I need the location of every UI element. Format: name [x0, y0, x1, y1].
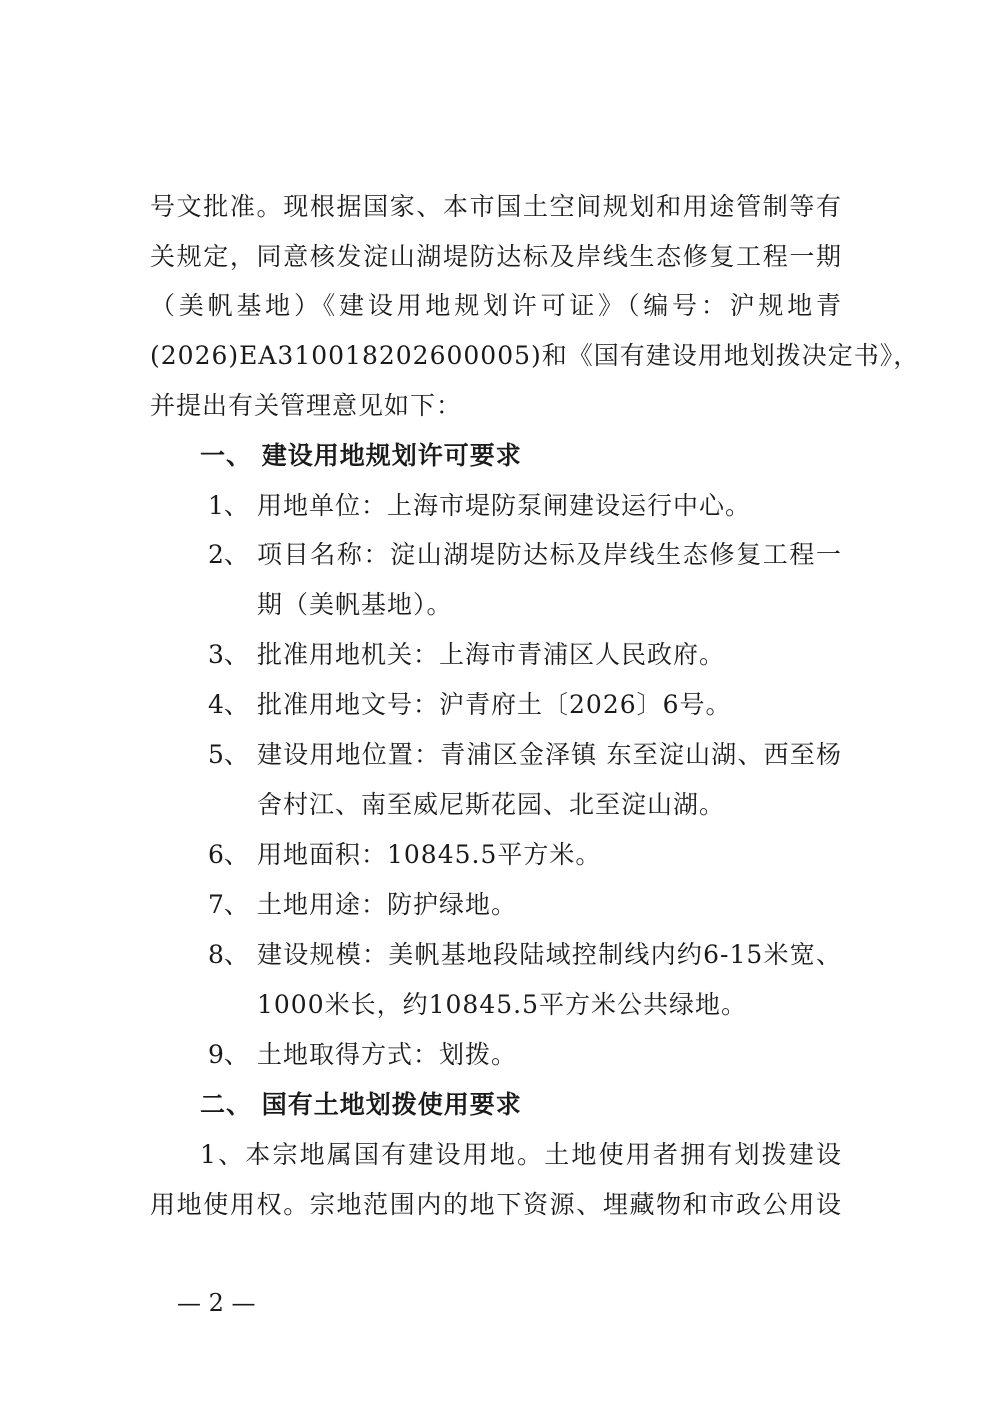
item-7-text: 土地用途：防护绿地。: [257, 890, 517, 920]
section-2-heading: 二、 国有土地划拨使用要求: [200, 1090, 522, 1120]
item-1-text: 用地单位：上海市堤防泵闸建设运行中心。: [257, 491, 751, 521]
item-3-text: 批准用地机关：上海市青浦区人民政府。: [257, 640, 725, 670]
section-1-heading: 一、 建设用地规划许可要求: [200, 441, 522, 471]
item-2-text-line-1: 项目名称：淀山湖堤防达标及岸线生态修复工程一: [257, 540, 842, 570]
item-9-number: 9、: [208, 1040, 249, 1070]
item-2-text-line-2: 期（美帆基地）。: [257, 590, 453, 620]
document-page: 号文批准。现根据国家、本市国土空间规划和用途管制等有 关规定，同意核发淀山湖堤防…: [0, 0, 992, 1403]
intro-line-5: 并提出有关管理意见如下：: [150, 391, 462, 421]
intro-line-1: 号文批准。现根据国家、本市国土空间规划和用途管制等有: [150, 192, 842, 222]
item-6-text: 用地面积：10845.5平方米。: [257, 840, 601, 870]
section-2-para-line-2: 用地使用权。宗地范围内的地下资源、埋藏物和市政公用设: [150, 1190, 842, 1220]
item-3-number: 3、: [208, 640, 249, 670]
item-9-text: 土地取得方式：划拨。: [257, 1040, 517, 1070]
item-8-text-line-2: 1000米长，约10845.5平方米公共绿地。: [257, 990, 747, 1020]
page-number: — 2 —: [177, 1288, 256, 1318]
intro-line-4: (2026)EA310018202600005)和《国有建设用地划拨决定书》，: [150, 341, 842, 371]
item-2-number: 2、: [208, 540, 249, 570]
item-5-number: 5、: [208, 740, 249, 770]
section-2-para-line-1: 1、本宗地属国有建设用地。土地使用者拥有划拨建设: [200, 1140, 842, 1170]
intro-line-2: 关规定，同意核发淀山湖堤防达标及岸线生态修复工程一期: [150, 242, 842, 272]
item-5-text-line-2: 舍村江、南至威尼斯花园、北至淀山湖。: [257, 790, 725, 820]
item-1-number: 1、: [208, 491, 249, 521]
item-8-number: 8、: [208, 940, 249, 970]
item-5-text-line-1: 建设用地位置：青浦区金泽镇 东至淀山湖、西至杨: [257, 740, 842, 770]
item-4-number: 4、: [208, 690, 249, 720]
item-7-number: 7、: [208, 890, 249, 920]
item-8-text-line-1: 建设规模：美帆基地段陆域控制线内约6-15米宽、: [257, 940, 842, 970]
item-4-text: 批准用地文号：沪青府土〔2026〕6号。: [257, 690, 732, 720]
intro-line-3: （美帆基地）《建设用地规划许可证》（编号：沪规地青: [150, 291, 842, 321]
item-6-number: 6、: [208, 840, 249, 870]
